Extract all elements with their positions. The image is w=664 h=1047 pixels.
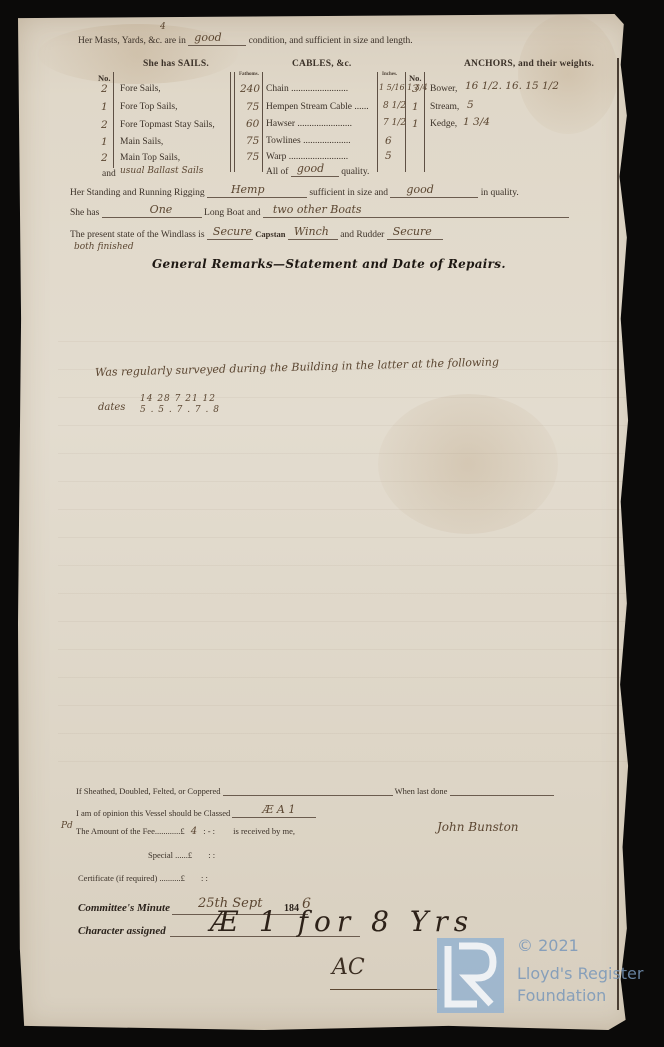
fathoms-header: Fathoms.	[239, 72, 259, 77]
sails-and-label: and	[102, 169, 116, 179]
faint-ruled-lines	[58, 314, 628, 774]
cable-label: Towlines ....................	[266, 136, 351, 146]
sail-count: 2	[101, 152, 108, 164]
character-value: Æ 1 for 8 Yrs	[210, 905, 474, 938]
committee-initials: AC	[332, 955, 365, 980]
cable-label: Warp .........................	[266, 152, 348, 162]
anchor-weight: 1 3/4	[463, 116, 490, 128]
sail-label: Fore Top Sails,	[120, 102, 177, 112]
watermark-line1: Lloyd's Register	[517, 964, 643, 983]
masts-line: Her Masts, Yards, &c. are in good condit…	[78, 34, 413, 46]
character-assigned-label: Character assigned	[78, 925, 166, 937]
last-done-field	[450, 784, 554, 796]
cable-label: Chain ........................	[266, 84, 348, 94]
anchors-no-header: No.	[409, 73, 422, 83]
anchors-column-rule	[424, 72, 425, 172]
cable-inches: 7 1/2	[383, 118, 406, 128]
rigging-line: Her Standing and Running Rigging Hemp su…	[70, 186, 519, 198]
cable-inches: 8 1/2	[383, 101, 406, 111]
cable-label: Hempen Stream Cable ......	[266, 102, 369, 112]
cables-quality-line: All of good quality.	[266, 165, 369, 177]
sails-column-rule	[113, 72, 114, 168]
cable-fathoms: 75	[246, 101, 259, 113]
windlass-note: both finished	[74, 242, 134, 252]
rigging-quality-field: good	[390, 186, 478, 198]
sails-header: She has SAILS.	[143, 59, 209, 69]
anchor-count: 1	[412, 118, 419, 130]
anchor-label: Stream,	[430, 102, 459, 112]
sail-count: 1	[101, 101, 108, 113]
capstan-field: Winch	[288, 228, 338, 240]
general-remarks-title: General Remarks—Statement and Date of Re…	[152, 257, 506, 271]
sail-label: Main Sails,	[120, 137, 163, 147]
inches-header: Inches.	[382, 72, 397, 77]
boats-line: She has One Long Boat and two other Boat…	[70, 206, 569, 218]
sheathing-line: If Sheathed, Doubled, Felted, or Coppere…	[76, 784, 554, 796]
initials-underline	[330, 989, 440, 990]
lr-logo-icon	[437, 938, 504, 1013]
class-field: Æ A 1	[232, 806, 316, 818]
cable-fathoms: 60	[246, 118, 259, 130]
cable-fathoms: 75	[246, 151, 259, 163]
classed-line: I am of opinion this Vessel should be Cl…	[76, 806, 316, 818]
rudder-field: Secure	[387, 228, 443, 240]
cable-inches: 5	[385, 150, 392, 162]
sheathing-field	[223, 784, 393, 796]
fee-value: 4	[191, 826, 197, 837]
masts-suffix: condition, and sufficient in size and le…	[249, 36, 413, 46]
watermark-copyright: © 2021	[517, 936, 579, 955]
anchor-weight: 16 1/2. 16. 15 1/2	[465, 80, 559, 92]
inches-left-rule	[377, 72, 378, 172]
surveyor-signature: John Bunston	[437, 820, 519, 834]
windlass-field: Secure	[207, 228, 253, 240]
cables-left-rule	[230, 72, 235, 172]
cable-fathoms: 75	[246, 135, 259, 147]
page-mark: 4	[160, 22, 166, 32]
remarks-dates-top: 14 28 7 21 12	[140, 394, 216, 404]
sail-count: 2	[101, 119, 108, 131]
certificate-line: Certificate (if required) ..........£ : …	[78, 873, 208, 883]
long-boat-field: One	[102, 206, 202, 218]
sail-label: Fore Topmast Stay Sails,	[120, 120, 215, 130]
fee-line: The Amount of the Fee............£ 4 : -…	[76, 826, 295, 837]
lr-logo-box	[437, 938, 504, 1013]
sails-additional: usual Ballast Sails	[120, 166, 203, 176]
remarks-dates-label: dates	[98, 402, 125, 413]
anchor-label: Bower,	[430, 84, 457, 94]
anchor-count: 3	[412, 83, 419, 95]
cable-label: Hawser .......................	[266, 119, 352, 129]
lloyds-register-watermark: © 2021 Lloyd's Register Foundation	[437, 938, 664, 1013]
special-line: Special ......£ : :	[148, 850, 215, 860]
anchor-label: Kedge,	[430, 119, 457, 129]
rigging-material-field: Hemp	[207, 186, 307, 198]
sail-count: 2	[101, 83, 108, 95]
anchors-header: ANCHORS, and their weights.	[464, 59, 594, 69]
cables-quality-field: good	[291, 165, 339, 177]
cable-inches: 6	[385, 135, 392, 147]
masts-prefix: Her Masts, Yards, &c. are in	[78, 36, 186, 46]
committee-minute-label: Committee's Minute	[78, 902, 170, 914]
sail-count: 1	[101, 136, 108, 148]
masts-condition-field: good	[188, 34, 246, 46]
anchor-count: 1	[412, 101, 419, 113]
remarks-dates-bottom: 5 . 5 . 7 . 7 . 8	[140, 405, 220, 415]
cable-inches: 1 5/16 1 3/4	[379, 83, 428, 92]
cable-fathoms: 240	[240, 83, 260, 95]
sail-label: Main Top Sails,	[120, 153, 180, 163]
sails-no-header: No.	[98, 73, 111, 83]
anchor-weight: 5	[467, 99, 474, 111]
sail-label: Fore Sails,	[120, 84, 161, 94]
fathoms-rule	[262, 72, 263, 172]
cables-header: CABLES, &c.	[292, 59, 351, 69]
margin-rule	[617, 58, 619, 1010]
watermark-line2: Foundation	[517, 986, 606, 1005]
paid-margin-mark: Pd	[61, 821, 73, 831]
other-boats-field: two other Boats	[263, 206, 569, 218]
windlass-line: The present state of the Windlass is Sec…	[70, 228, 443, 240]
paper-stain	[518, 14, 618, 134]
